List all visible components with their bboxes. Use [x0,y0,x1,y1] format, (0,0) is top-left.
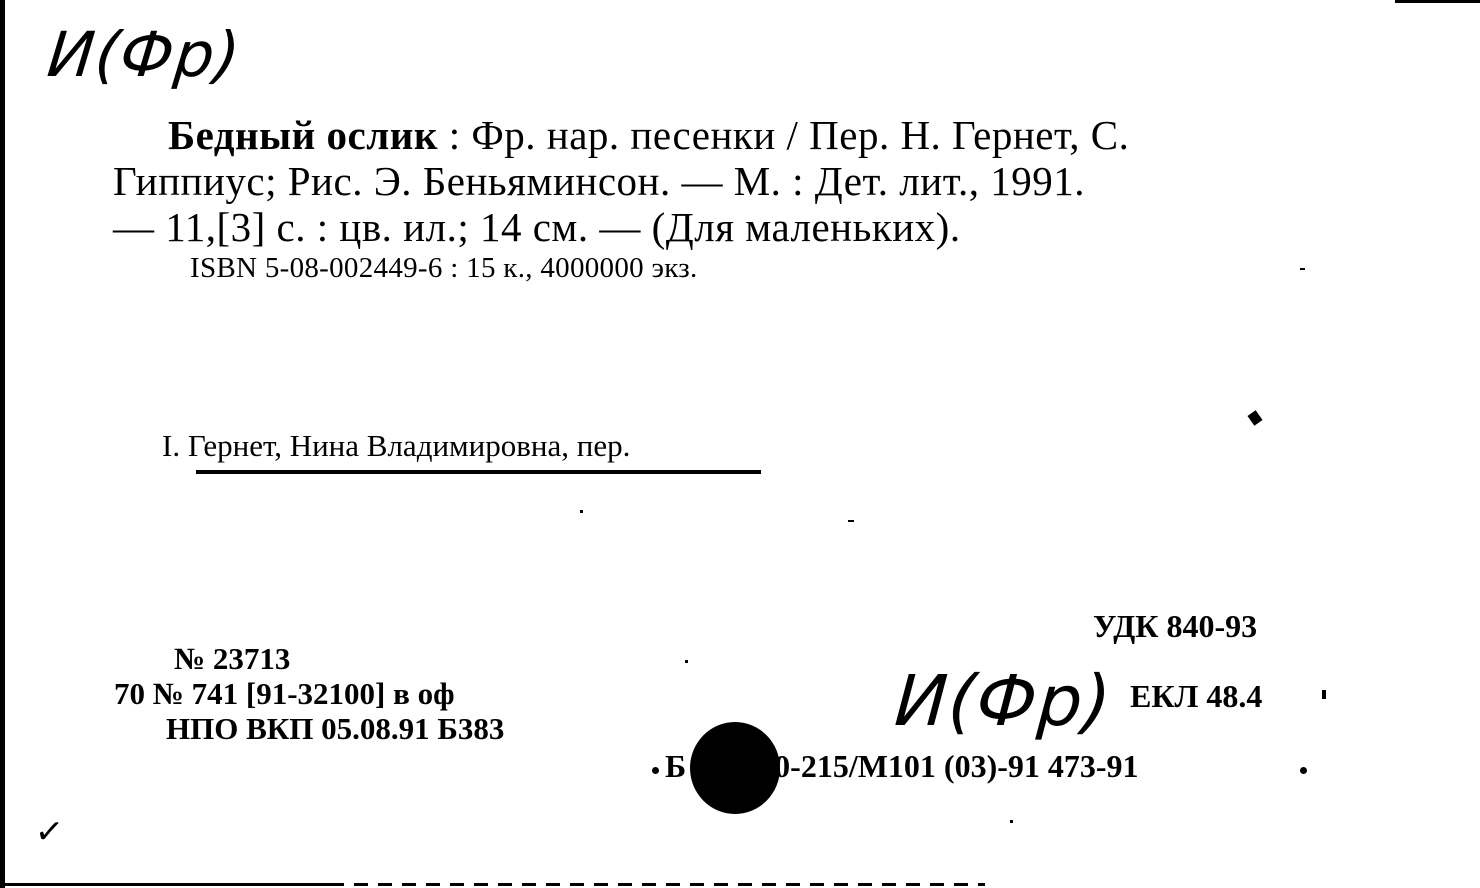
description-line-3: — 11,[3] с. : цв. ил.; 14 см. — (Для мал… [113,204,1293,250]
card-border-top [1395,0,1480,3]
ink-speck [1247,410,1262,426]
ink-speck [848,520,854,522]
card-border-left [0,0,5,888]
description-line-1-rest: : Фр. нар. песенки / Пер. Н. Гернет, С. [438,112,1129,158]
ink-speck [685,660,688,663]
imprint-line-2: 70 № 741 [91-32100] в оф [114,676,504,711]
punch-hole-icon [690,722,780,814]
description-line-2: Гиппиус; Рис. Э. Беньяминсон. — М. : Дет… [113,158,1293,204]
ink-speck [1010,820,1013,823]
bibliographic-description: Бедный ослик : Фр. нар. песенки / Пер. Н… [113,112,1293,250]
imprint-line-3: НПО ВКП 05.08.91 Б383 [114,711,504,746]
handwritten-classification-top: И(Фр) [44,18,244,91]
bullet-left-icon [652,767,659,774]
isbn-line: ISBN 5-08-002449-6 : 15 к., 4000000 экз. [190,252,698,285]
checkmark-icon: ✓ [33,811,65,853]
udk-code: УДК 840-93 [1093,608,1257,645]
ink-speck [580,510,583,513]
bullet-right-icon [1300,767,1307,774]
card-border-bottom-dashed [330,883,985,886]
imprint-line-1: № 23713 [114,641,504,676]
added-entry: I. Гернет, Нина Владимировна, пер. [162,428,630,464]
description-line-1: Бедный ослик : Фр. нар. песенки / Пер. Н… [113,112,1293,158]
added-entry-text: I. Гернет, Нина Владимировна, пер. [162,428,630,463]
handwritten-classification-bottom: И(Фр) [892,660,1114,742]
book-title: Бедный ослик [168,112,438,158]
ink-speck [1322,690,1326,699]
print-imprint: № 23713 70 № 741 [91-32100] в оф НПО ВКП… [114,641,504,746]
ekl-code: ЕКЛ 48.4 [1130,678,1262,715]
catalog-card: И(Фр) Бедный ослик : Фр. нар. песенки / … [0,0,1480,888]
card-border-bottom [0,883,330,886]
added-entry-underline [196,470,761,474]
ink-speck [1300,268,1305,270]
